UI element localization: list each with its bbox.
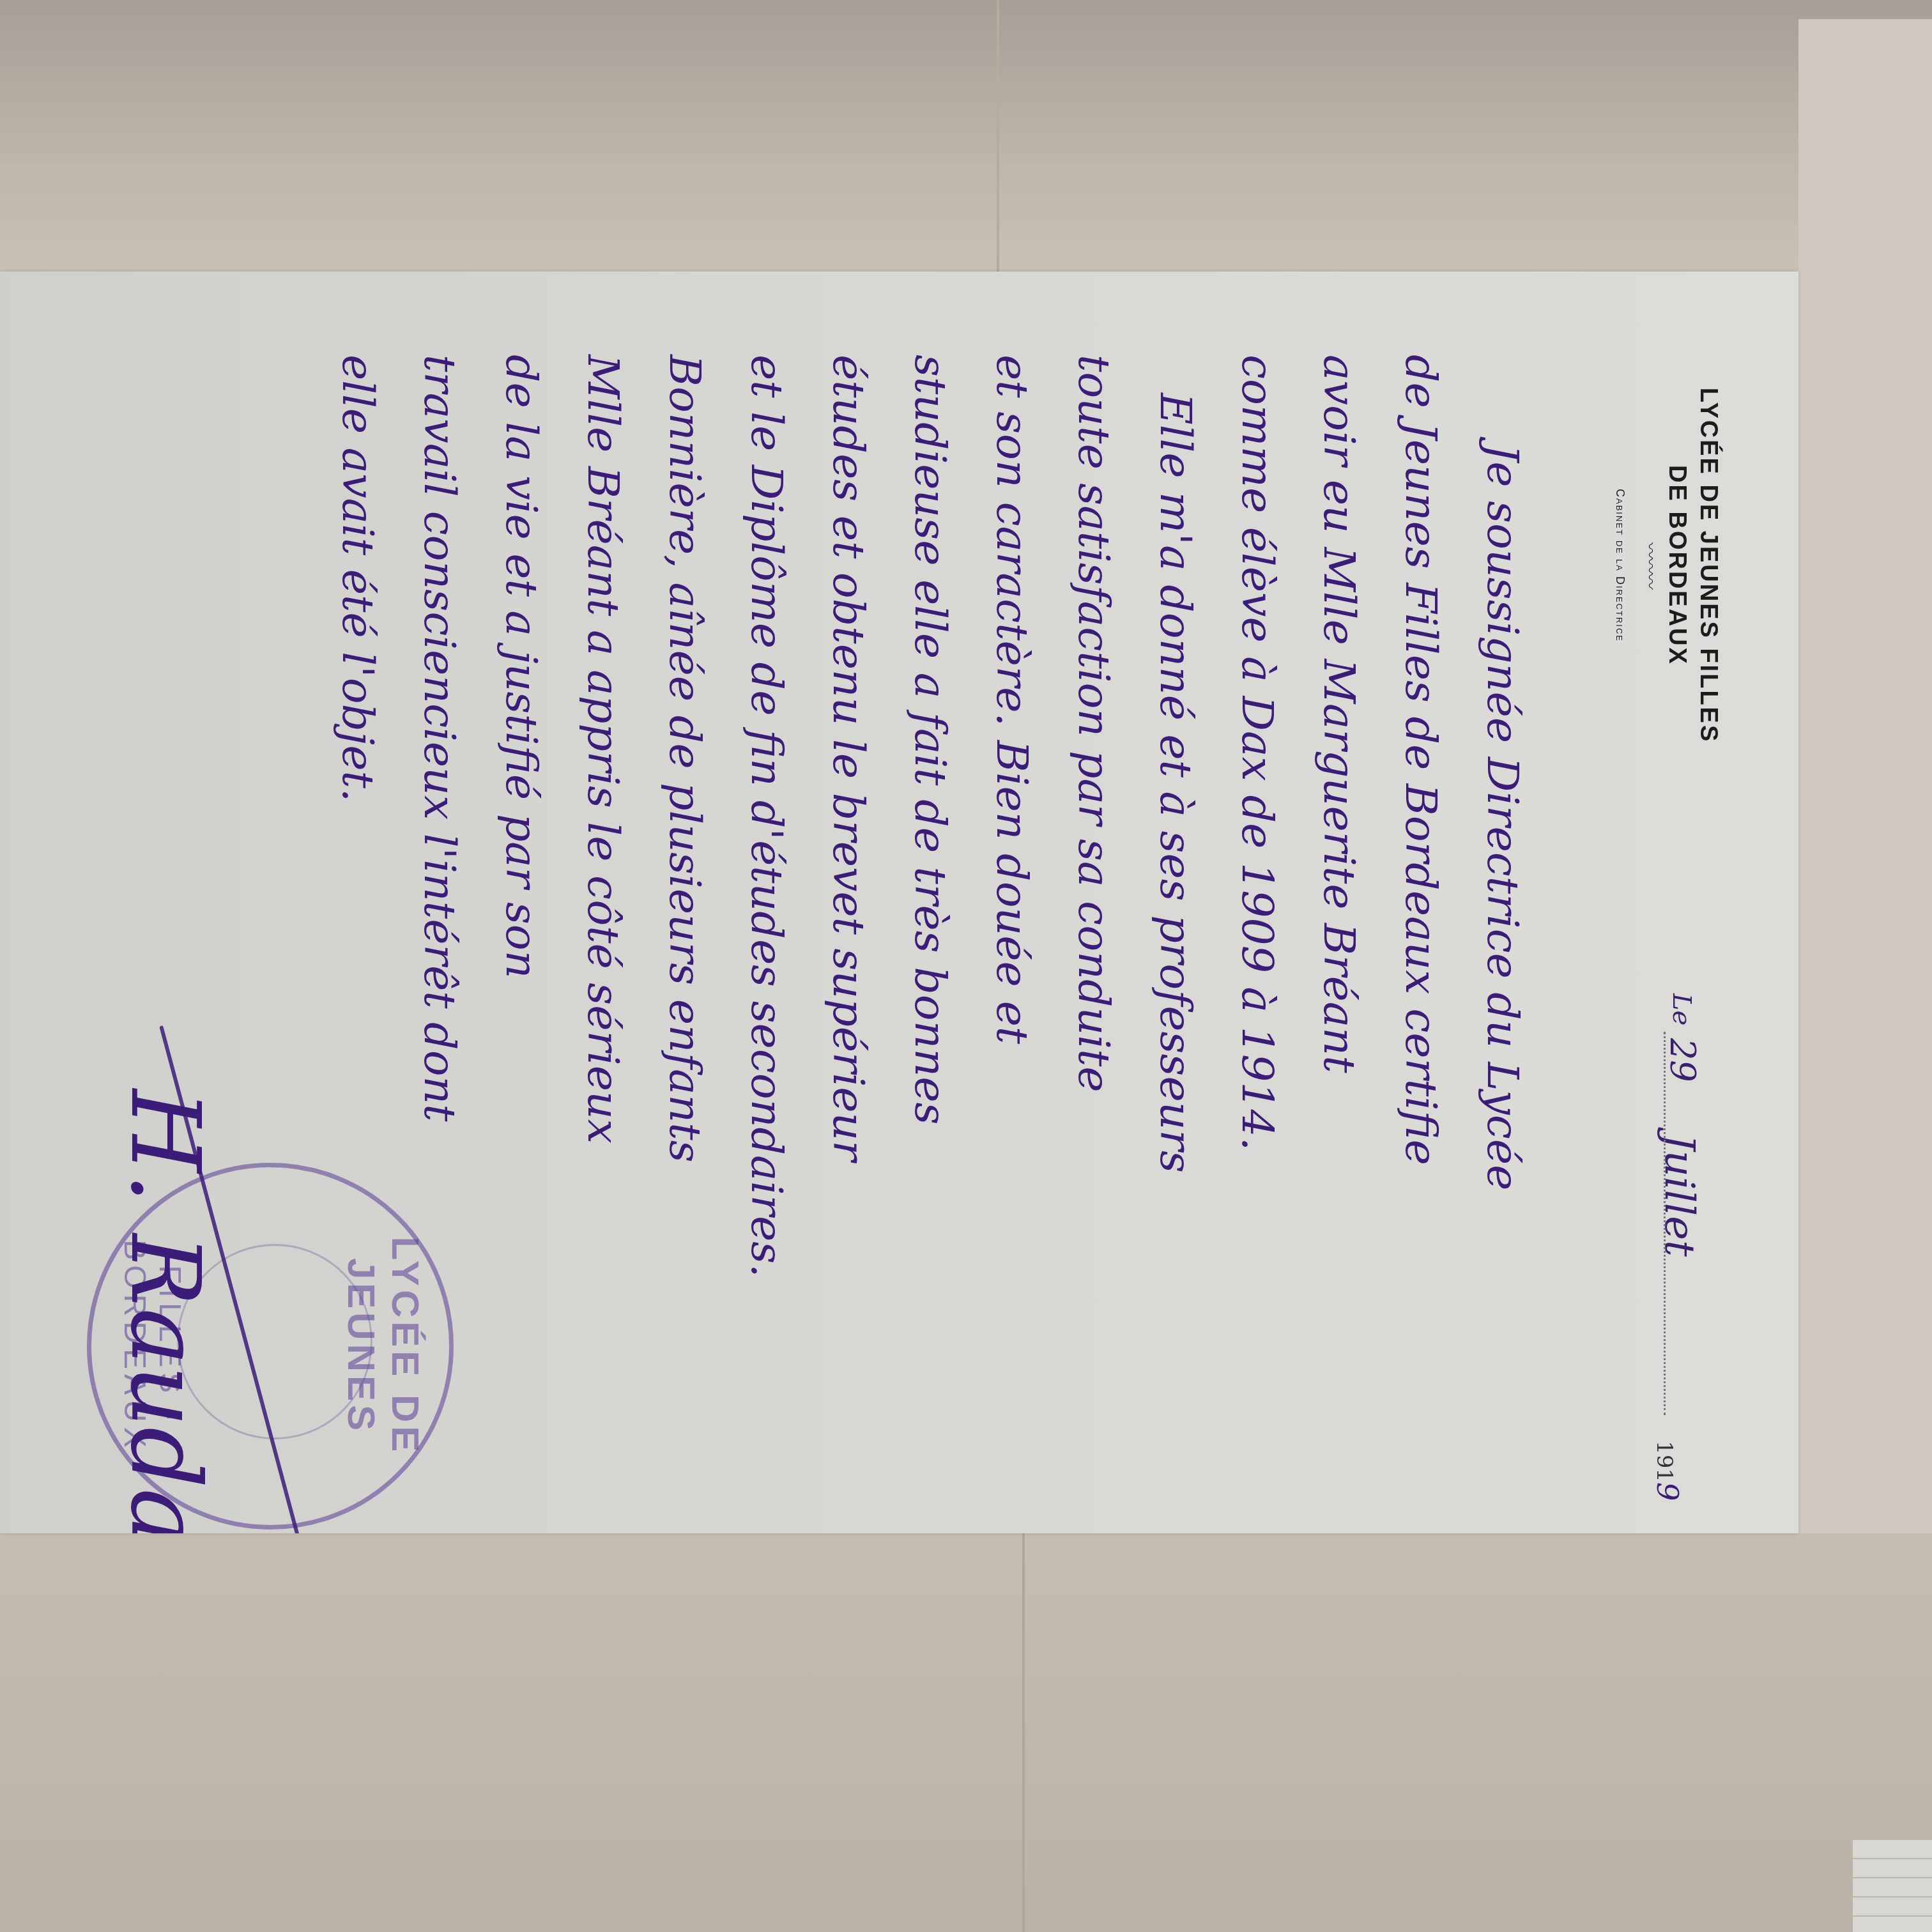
director-signature: H. Raudard xyxy=(109,1089,220,1533)
cardboard-fold-line-bottom xyxy=(1022,1533,1025,1932)
seal-top-text: LYCÉE DE JEUNES xyxy=(339,1167,427,1525)
body-line: Je soussignée Directrice du Lycée xyxy=(1461,355,1543,1492)
body-line: de la vie et a justifié par son xyxy=(480,355,562,1492)
ornament-squiggle-icon: 〰〰〰 xyxy=(1639,374,1663,757)
date-day: 29 xyxy=(1662,1038,1703,1082)
letter-page-rotated: LYCÉE DE JEUNES FILLES DE BORDEAUX 〰〰〰 C… xyxy=(0,272,1798,1533)
body-line: de Jeunes Filles de Bordeaux certifie xyxy=(1379,355,1461,1492)
date-year-printed: 191 xyxy=(1652,1441,1677,1482)
body-line: et le Diplôme de fin d'études secondaire… xyxy=(725,355,807,1492)
letter-sheet: LYCÉE DE JEUNES FILLES DE BORDEAUX 〰〰〰 C… xyxy=(0,272,1798,1533)
date-prefix: Le xyxy=(1667,993,1696,1025)
body-line: Bonnière, aînée de plusieurs enfants xyxy=(643,355,725,1492)
body-line: études et obtenu le brevet supérieur xyxy=(807,355,889,1492)
body-line: avoir eu Mlle Marguerite Bréant xyxy=(1298,355,1379,1492)
letterhead-city: DE BORDEAUX xyxy=(1663,374,1690,757)
body-line: et son caractère. Bien douée et xyxy=(970,355,1052,1492)
background-cardboard-top xyxy=(0,0,1932,275)
body-line: toute satisfaction par sa conduite xyxy=(1052,355,1134,1492)
date-dotted-rule xyxy=(1664,1032,1666,1415)
date-year-handwritten: 9 xyxy=(1650,1482,1685,1501)
body-line: comme élève à Dax de 1909 à 1914. xyxy=(1216,355,1298,1492)
lined-notebook-corner xyxy=(1853,1840,1932,1932)
body-line: Elle m'a donné et à ses professeurs xyxy=(1134,355,1216,1492)
body-line: Mlle Bréant a appris le côté sérieux xyxy=(562,355,643,1492)
body-line: studieuse elle a fait de très bonnes xyxy=(889,355,970,1492)
letterhead-cabinet: Cabinet de la Directrice xyxy=(1613,374,1627,757)
letterhead: LYCÉE DE JEUNES FILLES DE BORDEAUX 〰〰〰 C… xyxy=(1613,374,1722,757)
letterhead-school-name: LYCÉE DE JEUNES FILLES xyxy=(1694,374,1722,757)
cardboard-fold-line xyxy=(997,0,999,275)
date-line: Le 29 Juillet 1919 xyxy=(1652,993,1703,1479)
date-month: Juillet xyxy=(1655,1134,1703,1257)
letter-body: Je soussignée Directrice du Lycée de Jeu… xyxy=(316,355,1543,1492)
date-year: 1919 xyxy=(1650,1441,1685,1501)
background-cardboard-bottom xyxy=(0,1533,1932,1932)
